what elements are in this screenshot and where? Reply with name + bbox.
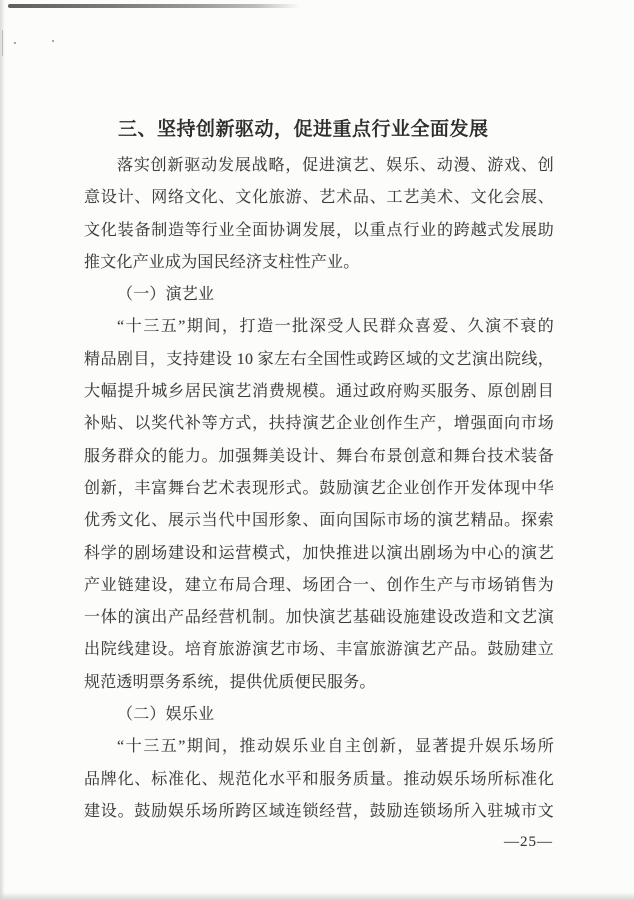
text-line: 创新，丰富舞台艺术表现形式。鼓励演艺企业创作开发体现中华 <box>84 473 554 505</box>
text-line: 品牌化、标准化、规范化水平和服务质量。推动娱乐场所标准化 <box>84 764 554 796</box>
scan-edge-line <box>8 4 300 8</box>
text-line: 产业链建设，建立布局合理、场团合一、创作生产与市场销售为 <box>84 570 554 602</box>
text-line: 优秀文化、展示当代中国形象、面向国际市场的演艺精品。探索 <box>84 505 554 537</box>
text-line: 文化装备制造等行业全面协调发展，以重点行业的跨越式发展助 <box>84 215 554 247</box>
text-line: 规范透明票务系统，提供优质便民服务。 <box>84 667 554 699</box>
text-line: 意设计、网络文化、文化旅游、艺术品、工艺美术、文化会展、 <box>84 182 554 214</box>
text-line: 精品剧目，支持建设 10 家左右全国性或跨区域的文艺演出院线， <box>84 344 554 376</box>
text-line: 推文化产业成为国民经济支柱性产业。 <box>84 247 554 279</box>
text-line: 补贴、以奖代补等方式，扶持演艺企业创作生产，增强面向市场 <box>84 408 554 440</box>
text-line: 科学的剧场建设和运营模式，加快推进以演出剧场为中心的演艺 <box>84 538 554 570</box>
subsection-heading: （二）娱乐业 <box>84 699 554 731</box>
text-line: 一体的演出产品经营机制。加快演艺基础设施建设改造和文艺演 <box>84 602 554 634</box>
text-line: “十三五”期间，打造一批深受人民群众喜爱、久演不衰的 <box>84 311 554 343</box>
text-line: 落实创新驱动发展战略，促进演艺、娱乐、动漫、游戏、创 <box>84 150 554 182</box>
scan-bottom-edge <box>0 892 634 900</box>
document-page: 三、坚持创新驱动，促进重点行业全面发展 落实创新驱动发展战略，促进演艺、娱乐、动… <box>0 0 634 900</box>
text-line: 服务群众的能力。加强舞美设计、舞台布景创意和舞台技术装备 <box>84 441 554 473</box>
subsection-heading: （一）演艺业 <box>84 279 554 311</box>
text-line: 建设。鼓励娱乐场所跨区域连锁经营，鼓励连锁场所入驻城市文 <box>84 796 554 828</box>
scan-speck <box>14 42 16 44</box>
text-line: 出院线建设。培育旅游演艺市场、丰富旅游演艺产品。鼓励建立 <box>84 634 554 666</box>
scan-speck <box>52 40 54 42</box>
document-body: 落实创新驱动发展战略，促进演艺、娱乐、动漫、游戏、创意设计、网络文化、文化旅游、… <box>84 150 554 828</box>
text-line: 大幅提升城乡居民演艺消费规模。通过政府购买服务、原创剧目 <box>84 376 554 408</box>
scan-left-edge <box>0 0 5 900</box>
section-heading: 三、坚持创新驱动，促进重点行业全面发展 <box>118 114 489 141</box>
scan-hairline <box>2 30 3 56</box>
page-number: —25— <box>504 834 553 851</box>
text-line: “十三五”期间，推动娱乐业自主创新，显著提升娱乐场所 <box>84 731 554 763</box>
